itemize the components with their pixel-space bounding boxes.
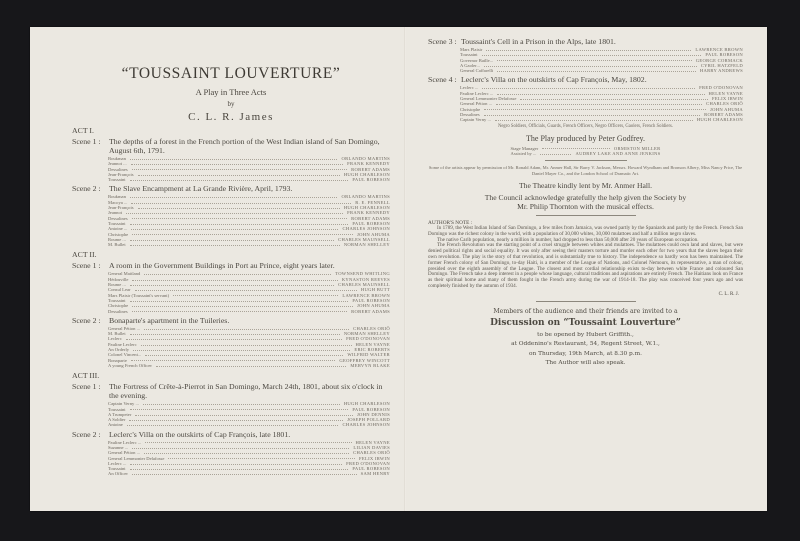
leader-dots — [130, 407, 349, 411]
actor-name: Hugh Charleson — [697, 117, 743, 122]
leader-dots — [126, 210, 343, 214]
cast-list: General MaitlandTownsend WhitlingHédouvi… — [108, 271, 390, 313]
leader-dots — [132, 309, 347, 313]
scene-heading: Scene 2 :Leclerc's Villa on the outskirt… — [72, 430, 390, 439]
leader-dots — [482, 52, 702, 56]
cast-row: Assisted by ...Audrey Lake and Anne Jenk… — [511, 151, 661, 156]
role-name: General Caffarelli — [460, 68, 493, 73]
scene-heading: Scene 1 :A room in the Government Buildi… — [72, 261, 390, 270]
role-name: Captain Verny ... — [460, 117, 491, 122]
cast-row: DessalinesRobert Adams — [108, 309, 390, 314]
role-name: A young French Officer — [108, 363, 152, 368]
cast-list: BoukmanOrlando MartinsJeannot ...Frank K… — [108, 156, 390, 182]
actor-name: Paul Robeson — [352, 177, 390, 182]
role-name: M. Bullet — [108, 242, 126, 247]
theatre-credit: The Theatre kindly lent by Mr. Anmer Hal… — [428, 181, 743, 190]
leader-dots — [132, 277, 337, 281]
leader-dots — [132, 167, 347, 171]
role-name: An Officer — [108, 471, 128, 476]
cast-row: An OfficerSam Henry — [108, 471, 390, 476]
leader-dots — [131, 226, 338, 230]
leader-dots — [130, 242, 340, 246]
leader-dots — [135, 412, 353, 416]
cast-list: BoukmanOrlando MartinsMacoya ...R. E. Fe… — [108, 194, 390, 247]
leader-dots — [542, 146, 610, 150]
leader-dots — [141, 342, 352, 346]
leader-dots — [127, 422, 339, 426]
leader-dots — [138, 172, 340, 176]
leader-dots — [144, 326, 349, 330]
leader-dots — [132, 216, 347, 220]
leader-dots — [156, 363, 346, 367]
leader-dots — [497, 91, 704, 95]
author-note: In 1789, the West Indian Island of San D… — [428, 226, 743, 290]
leader-dots — [143, 401, 340, 405]
divider — [536, 301, 636, 302]
leader-dots — [130, 461, 342, 465]
leader-dots — [131, 161, 344, 165]
leader-dots — [130, 298, 349, 302]
scene-heading: Scene 1 :The depths of a forest in the F… — [72, 137, 390, 155]
by-line: by — [72, 100, 390, 108]
leader-dots — [130, 466, 349, 470]
leader-dots — [129, 417, 343, 421]
divider — [536, 215, 636, 216]
leader-dots — [130, 156, 338, 160]
leader-dots — [131, 200, 351, 204]
role-name: Dessalines — [108, 309, 128, 314]
leader-dots — [497, 68, 696, 72]
programme-sheet: “TOUSSAINT LOUVERTURE” A Play in Three A… — [30, 27, 767, 511]
cast-list: Captain Verny ...Hugh CharlesonToussaint… — [108, 401, 390, 427]
leader-dots — [138, 205, 340, 209]
actor-name: Charles Johnson — [342, 422, 390, 427]
leader-dots — [484, 107, 706, 111]
actor-name: Norman Shelley — [344, 242, 390, 247]
play-subtitle: A Play in Three Acts — [72, 87, 390, 97]
leader-dots — [132, 303, 353, 307]
leader-dots — [131, 358, 336, 362]
scene-heading: Scene 4 :Leclerc's Villa on the outskirt… — [428, 75, 743, 84]
producer-credit: The Play produced by Peter Godfrey. — [428, 134, 743, 143]
cast-list: General Pétion ...Charles OriôM. BulletN… — [108, 326, 390, 368]
cast-row: General CaffarelliHarry Andrews — [460, 68, 743, 73]
cast-row: ToussaintPaul Robeson — [108, 177, 390, 182]
leader-dots — [130, 331, 340, 335]
act-1-heading: ACT I. — [72, 126, 390, 135]
act-2-heading: ACT II. — [72, 250, 390, 259]
leader-dots — [496, 101, 702, 105]
leader-dots — [144, 271, 331, 275]
crew-list: Stage ManagerOrmiston MillerAssisted by … — [511, 146, 661, 157]
role-name: Antoine — [108, 422, 123, 427]
leader-dots — [495, 117, 693, 121]
leader-dots — [540, 151, 571, 155]
leader-dots — [484, 112, 700, 116]
discussion-notice: Members of the audience and their friend… — [428, 308, 743, 369]
scene-heading: Scene 1 :The Fortress of Crête-à-Pierrot… — [72, 382, 390, 400]
leader-dots — [486, 47, 691, 51]
leader-dots — [130, 237, 334, 241]
actor-name: Audrey Lake and Anne Jenkins — [575, 151, 660, 156]
leader-dots — [132, 471, 357, 475]
leader-dots — [482, 85, 695, 89]
cast-row: M. BulletNorman Shelley — [108, 242, 390, 247]
cast-row: A young French OfficerMervyn Blake — [108, 363, 390, 368]
leader-dots — [130, 194, 338, 198]
leader-dots — [130, 282, 334, 286]
act-3-heading: ACT III. — [72, 371, 390, 380]
permission-note: Some of the artists appear by permission… — [428, 165, 743, 176]
leader-dots — [130, 177, 349, 181]
actor-name: Mervyn Blake — [350, 363, 390, 368]
leader-dots — [135, 287, 357, 291]
play-title: “TOUSSAINT LOUVERTURE” — [72, 65, 390, 83]
left-page: “TOUSSAINT LOUVERTURE” A Play in Three A… — [30, 27, 404, 511]
leader-dots — [173, 293, 338, 297]
leader-dots — [520, 96, 708, 100]
leader-dots — [145, 352, 343, 356]
scene-heading: Scene 2 :The Slave Encampment at La Gran… — [72, 184, 390, 193]
actor-name: Robert Adams — [351, 309, 390, 314]
extras-line: Negro Soldiers, Officials, Guards, Frenc… — [428, 124, 743, 129]
leader-dots — [132, 445, 349, 449]
cast-row: Captain Verny ...Hugh Charleson — [460, 117, 743, 122]
author-signature: C. L. R. J. — [428, 292, 743, 297]
leader-dots — [497, 58, 692, 62]
actor-name: Sam Henry — [361, 471, 390, 476]
cast-list: Mars PlaisirLawrence BrownToussaintPaul … — [460, 47, 743, 73]
leader-dots — [484, 63, 697, 67]
leader-dots — [133, 347, 350, 351]
cast-list: Pauline Leclerc ...Helen VayneSuzanne ..… — [108, 440, 390, 477]
leader-dots — [126, 336, 342, 340]
actor-name: Harry Andrews — [700, 68, 743, 73]
right-page: Scene 3 :Toussaint's Cell in a Prison in… — [406, 27, 767, 511]
leader-dots — [145, 440, 351, 444]
role-name: Assisted by ... — [511, 151, 537, 156]
scene-heading: Scene 2 :Bonaparte's apartment in the Tu… — [72, 316, 390, 325]
cast-row: AntoineCharles Johnson — [108, 422, 390, 427]
divider — [545, 160, 627, 161]
leader-dots — [130, 221, 349, 225]
cast-list: Leclerc ...Fred O'DonovanPauline Leclerc… — [460, 85, 743, 122]
author-name: C. L. R. James — [72, 111, 390, 123]
leader-dots — [132, 232, 353, 236]
role-name: Toussaint — [108, 177, 126, 182]
discussion-heading: Discussion on “Toussaint Louverture” — [428, 318, 743, 328]
leader-dots — [168, 456, 355, 460]
leader-dots — [144, 450, 349, 454]
council-acknowledgement: The Council acknowledge gratefully the h… — [428, 193, 743, 211]
scene-heading: Scene 3 :Toussaint's Cell in a Prison in… — [428, 37, 743, 46]
